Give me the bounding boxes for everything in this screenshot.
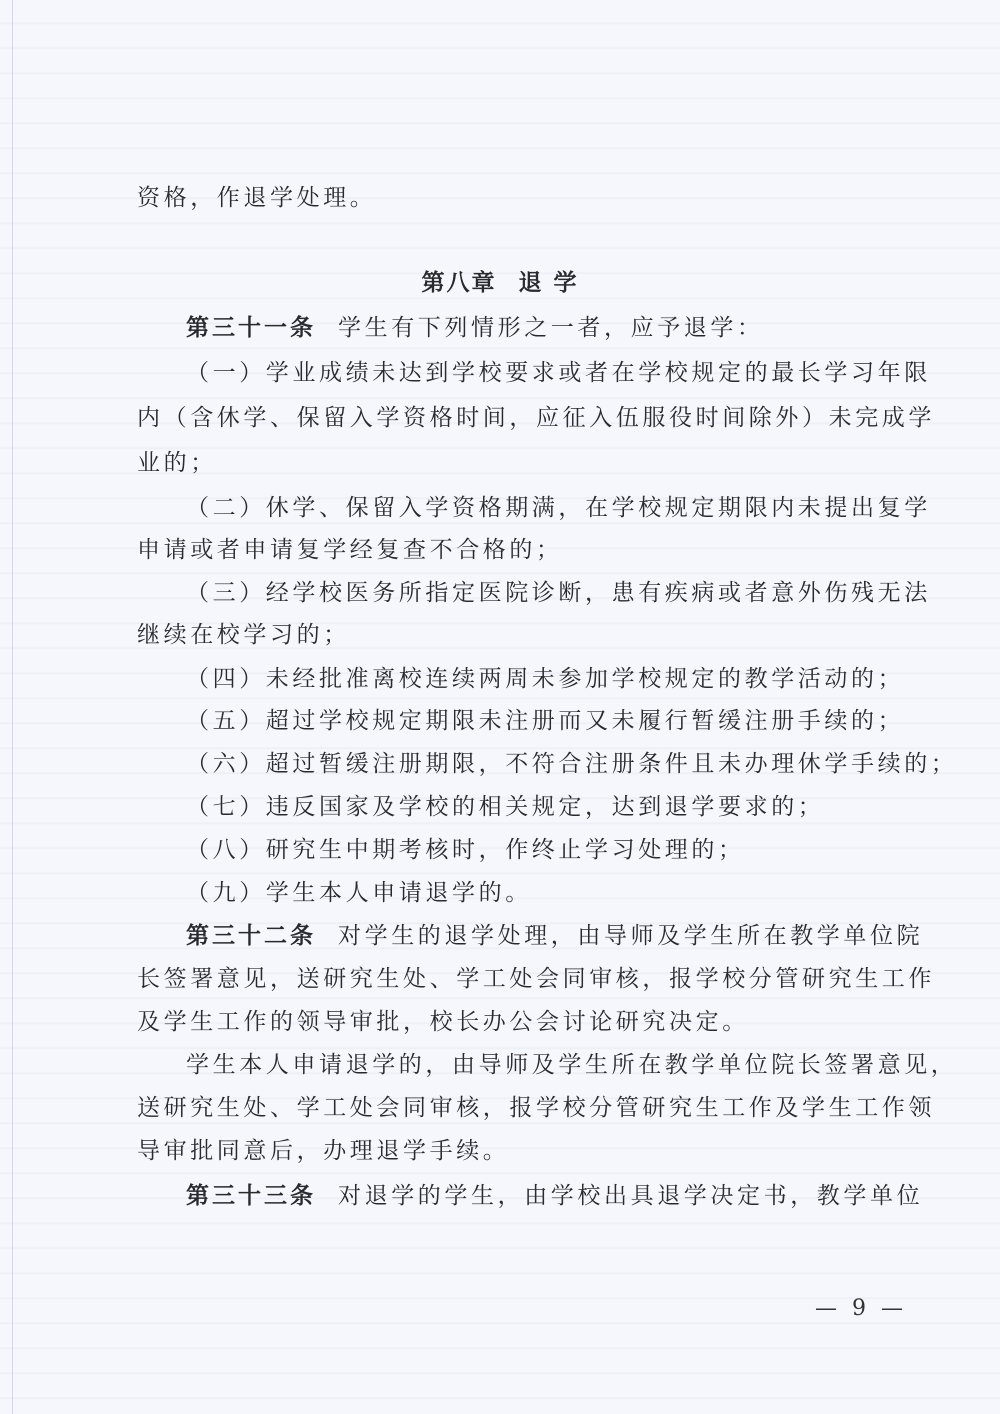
item-6: （六）超过暂缓注册期限，不符合注册条件且未办理休学手续的； — [186, 749, 957, 779]
item-2-line-1: （二）休学、保留入学资格期满，在学校规定期限内未提出复学 — [186, 493, 931, 523]
item-2-line-2: 申请或者申请复学经复查不合格的； — [137, 535, 563, 565]
article-32-line-1: 对学生的退学处理，由导师及学生所在教学单位院 — [338, 923, 923, 949]
item-3-line-2: 继续在校学习的； — [137, 620, 350, 650]
article-32-heading: 第三十二条 — [186, 923, 316, 949]
chapter-title: 退 学 — [518, 270, 578, 296]
article-32-para-2-line-1: 学生本人申请退学的，由导师及学生所在教学单位院长签署意见， — [186, 1050, 957, 1080]
article-32-line-3: 及学生工作的领导审批，校长办公会讨论研究决定。 — [137, 1007, 749, 1037]
chapter-number: 第八章 — [421, 270, 496, 296]
article-32-para-2-line-2: 送研究生处、学工处会同审核，报学校分管研究生工作及学生工作领 — [137, 1093, 935, 1123]
chapter-heading: 第八章退 学 — [0, 268, 1000, 298]
item-4: （四）未经批准离校连续两周未参加学校规定的教学活动的； — [186, 664, 904, 694]
item-1-line-3: 业的； — [137, 448, 217, 478]
item-1-line-1: （一）学业成绩未达到学校要求或者在学校规定的最长学习年限 — [186, 358, 931, 388]
article-31-heading: 第三十一条 — [186, 315, 316, 341]
item-1-line-2: 内（含休学、保留入学资格时间，应征入伍服役时间除外）未完成学 — [137, 403, 935, 433]
page-number: — 9 — — [815, 1294, 907, 1324]
scan-edge — [12, 0, 13, 1414]
item-7: （七）违反国家及学校的相关规定，达到退学要求的； — [186, 792, 824, 822]
item-8: （八）研究生中期考核时，作终止学习处理的； — [186, 835, 745, 865]
item-3-line-1: （三）经学校医务所指定医院诊断，患有疾病或者意外伤残无法 — [186, 578, 931, 608]
article-33: 第三十三条对退学的学生，由学校出具退学决定书，教学单位 — [186, 1181, 923, 1211]
continuation-text: 资格，作退学处理。 — [137, 183, 376, 213]
article-31: 第三十一条学生有下列情形之一者，应予退学： — [186, 313, 764, 343]
article-33-line-1: 对退学的学生，由学校出具退学决定书，教学单位 — [338, 1183, 923, 1209]
article-32: 第三十二条对学生的退学处理，由导师及学生所在教学单位院 — [186, 921, 923, 951]
article-31-lead: 学生有下列情形之一者，应予退学： — [338, 315, 764, 341]
article-33-heading: 第三十三条 — [186, 1183, 316, 1209]
item-5: （五）超过学校规定期限未注册而又未履行暂缓注册手续的； — [186, 706, 904, 736]
item-9: （九）学生本人申请退学的。 — [186, 878, 532, 908]
document-page: 资格，作退学处理。 第八章退 学 第三十一条学生有下列情形之一者，应予退学： （… — [0, 0, 1000, 1414]
article-32-para-2-line-3: 导审批同意后，办理退学手续。 — [137, 1136, 509, 1166]
article-32-line-2: 长签署意见，送研究生处、学工处会同审核，报学校分管研究生工作 — [137, 964, 935, 994]
